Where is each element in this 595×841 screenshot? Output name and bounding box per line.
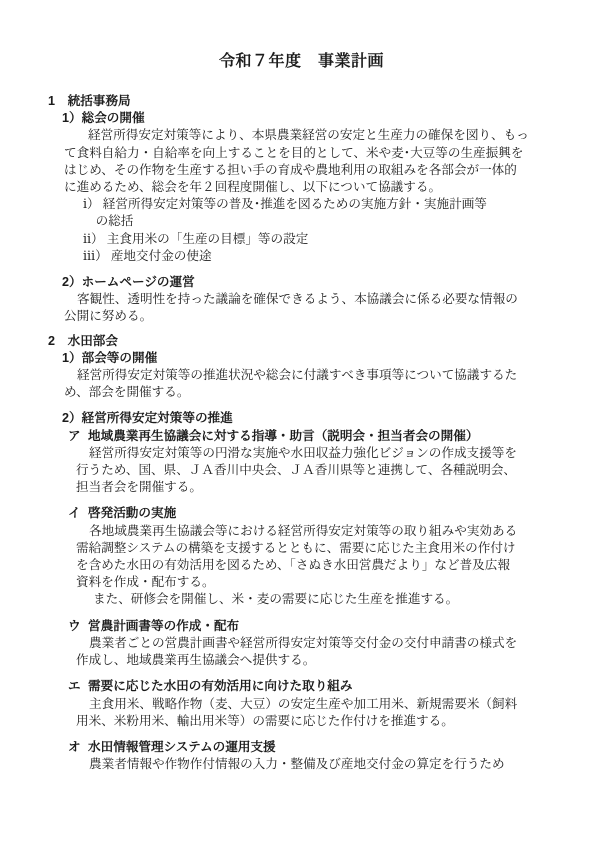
list-item: ⅱ） 主食用米の「生産の目標」等の設定 xyxy=(83,231,555,248)
subsection-1-2-heading: 2）ホームページの運営 xyxy=(62,274,555,291)
section-1-heading: 1 統括事務局 xyxy=(48,93,555,110)
paragraph: 主食用米、戦略作物（麦、大豆）の安定生産や加工用米、新規需要米（飼料 用米、米粉… xyxy=(76,696,555,730)
roman-list: ⅰ） 経営所得安定対策等の普及･推進を図るための実施方針・実施計画等 の総括 ⅱ… xyxy=(48,196,555,265)
subsection-2-1-heading: 1）部会等の開催 xyxy=(62,350,555,367)
subsection-2-2-heading: 2）経営所得安定対策等の推進 xyxy=(62,410,555,427)
section-general-affairs: 1 統括事務局 1）総会の開催 経営所得安定対策等により、本県農業経営の安定と生… xyxy=(48,93,555,326)
item-heading-text: 啓発活動の実施 xyxy=(88,505,555,522)
item-marker: ア xyxy=(68,428,88,445)
item-u-heading: ウ 営農計画書等の作成・配布 xyxy=(68,618,555,635)
paragraph: 農業者ごとの営農計画書や経営所得安定対策等交付金の交付申請書の様式を 作成し、地… xyxy=(76,635,555,669)
section-paddy-field-committee: 2 水田部会 1）部会等の開催 経営所得安定対策等の推進状況や総会に付議すべき事… xyxy=(48,333,555,774)
item-o: オ 水田情報管理システムの運用支援 農業者情報や作物作付情報の入力・整備及び産地… xyxy=(48,739,555,773)
section-2-heading: 2 水田部会 xyxy=(48,333,555,350)
item-marker: ウ xyxy=(68,618,88,635)
list-item: ⅲ） 産地交付金の使途 xyxy=(83,248,555,265)
item-a-heading: ア 地域農業再生協議会に対する指導・助言（説明会・担当者会の開催） xyxy=(68,428,555,445)
item-heading-text: 営農計画書等の作成・配布 xyxy=(88,618,555,635)
paragraph: 経営所得安定対策等の推進状況や総会に付議すべき事項等について協議するた め、部会… xyxy=(64,367,555,401)
item-heading-text: 需要に応じた水田の有効活用に向けた取り組み xyxy=(88,678,555,695)
list-item: ⅰ） 経営所得安定対策等の普及･推進を図るための実施方針・実施計画等 の総括 xyxy=(83,196,555,230)
item-marker: イ xyxy=(68,505,88,522)
item-i: イ 啓発活動の実施 各地域農業再生協議会等における経営所得安定対策等の取り組みや… xyxy=(48,505,555,608)
item-o-heading: オ 水田情報管理システムの運用支援 xyxy=(68,739,555,756)
paragraph: 農業者情報や作物作付情報の入力・整備及び産地交付金の算定を行うため xyxy=(76,756,555,773)
item-e-heading: エ 需要に応じた水田の有効活用に向けた取り組み xyxy=(68,678,555,695)
document-title: 令和７年度 事業計画 xyxy=(48,52,555,72)
item-e: エ 需要に応じた水田の有効活用に向けた取り組み 主食用米、戦略作物（麦、大豆）の… xyxy=(48,678,555,730)
paragraph: 客観性、透明性を持った議論を確保できるよう、本協議会に係る必要な情報の 公開に努… xyxy=(64,291,555,325)
item-marker: オ xyxy=(68,739,88,756)
item-u: ウ 営農計画書等の作成・配布 農業者ごとの営農計画書や経営所得安定対策等交付金の… xyxy=(48,618,555,670)
item-i-heading: イ 啓発活動の実施 xyxy=(68,505,555,522)
paragraph: 経営所得安定対策等により、本県農業経営の安定と生産力の確保を図り、もっ て食料自… xyxy=(64,127,555,196)
document-page: 令和７年度 事業計画 1 統括事務局 1）総会の開催 経営所得安定対策等により、… xyxy=(0,0,595,841)
paragraph: また、研修会を開催し、米・麦の需要に応じた生産を推進する。 xyxy=(76,591,555,608)
item-heading-text: 地域農業再生協議会に対する指導・助言（説明会・担当者会の開催） xyxy=(88,428,555,445)
item-a: ア 地域農業再生協議会に対する指導・助言（説明会・担当者会の開催） 経営所得安定… xyxy=(48,428,555,497)
item-heading-text: 水田情報管理システムの運用支援 xyxy=(88,739,555,756)
paragraph: 各地域農業再生協議会等における経営所得安定対策等の取り組みや実効ある 需給調整シ… xyxy=(76,523,555,592)
item-marker: エ xyxy=(68,678,88,695)
paragraph: 経営所得安定対策等の円滑な実施や水田収益力強化ビジョンの作成支援等を 行うため、… xyxy=(76,445,555,497)
subsection-1-1-heading: 1）総会の開催 xyxy=(62,110,555,127)
